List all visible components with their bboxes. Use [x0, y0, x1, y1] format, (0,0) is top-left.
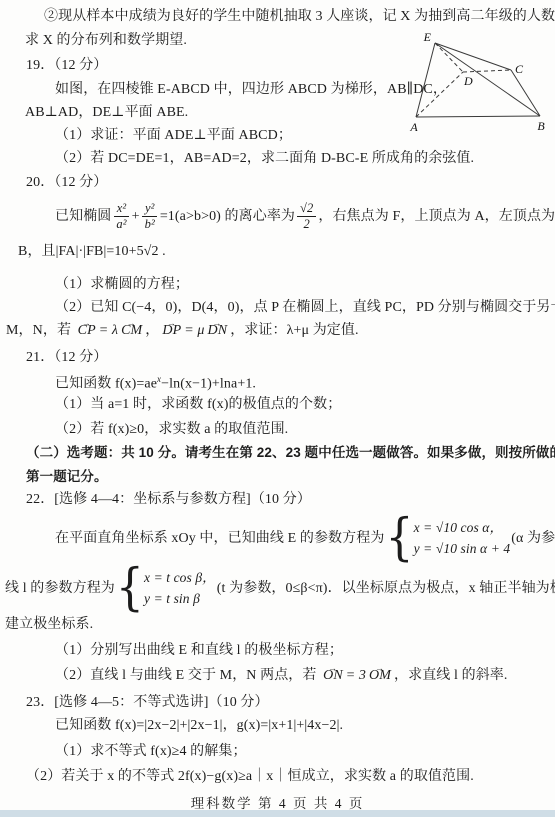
q22-item1: （1）分别写出曲线 E 和直线 l 的极坐标方程； — [55, 642, 343, 659]
q19-line1: 如图，在四棱锥 E-ABCD 中，四边形 ABCD 为梯形，AB∥DC， — [55, 81, 447, 98]
cases-curve-E: { x = √10 cos α， y = √10 sin α + 4 — [385, 518, 510, 558]
q20-eq-post: ，右焦点为 F，上顶点为 A，左顶点为 — [318, 208, 555, 225]
edge-DC-hidden — [463, 70, 511, 72]
q20-item2b-sep: ， — [145, 323, 159, 338]
q23-item1: （1）求不等式 f(x)≥4 的解集； — [55, 743, 247, 760]
q22-curve-parametric: 在平面直角坐标系 xOy 中，已知曲线 E 的参数方程为 { x = √10 c… — [55, 512, 555, 564]
cases-line-l: { x = t cos β， y = t sin β — [116, 568, 216, 608]
page-footer: 理科数学 第 4 页 共 4 页 — [0, 792, 555, 812]
vertex-label-E: E — [423, 30, 432, 44]
left-brace: { — [385, 515, 413, 561]
edge-AB — [416, 116, 540, 117]
edge-ED-hidden — [435, 43, 463, 72]
q20-ellipse-equation: 已知椭圆 x² a² + y² b² =1(a>b>0) 的离心率为 √2 2 … — [55, 193, 555, 239]
q20-eq-plus: + — [132, 208, 140, 225]
vector-OM: OM — [368, 667, 392, 684]
fraction-sqrt2-2: √2 2 — [297, 201, 316, 231]
vector-DN: DN — [207, 322, 229, 339]
edge-AD-hidden — [416, 72, 463, 117]
q22-item2-pre: （2）直线 l 与曲线 E 交于 M，N 两点，若 — [55, 668, 320, 683]
fraction-y2-b2: y² b² — [142, 201, 158, 231]
pyramid-diagram: E C D A B — [400, 30, 555, 135]
q19-line2: AB⊥AD，DE⊥平面 ABE. — [25, 104, 188, 121]
q20-item2a: （2）已知 C(−4，0)，D(4，0)，点 P 在椭圆上，直线 PC，PD 分… — [55, 299, 555, 316]
q20-header: 20．（12 分） — [26, 174, 107, 191]
vector-DP: DP — [161, 322, 182, 339]
edge-EC — [435, 43, 511, 70]
q19-item1: （1）求证：平面 ADE⊥平面 ABCD； — [55, 127, 292, 144]
vector-CP: CP — [77, 322, 97, 339]
q23-body: 已知函数 f(x)=|2x−2|+|2x−1|，g(x)=|x+1|+|4x−2… — [55, 717, 343, 734]
q22-item2: （2）直线 l 与曲线 E 交于 M，N 两点，若 ON= 3OM，求直线 l … — [55, 667, 508, 684]
q22-line1-pre: 在平面直角坐标系 xOy 中，已知曲线 E 的参数方程为 — [55, 530, 384, 547]
vector-CM: CM — [120, 322, 143, 339]
q23-header: 23．[选修 4—5：不等式选讲]（10 分） — [26, 694, 269, 711]
q20-item2b-post: ，求证：λ+μ 为定值. — [230, 323, 358, 338]
q19-item2: （2）若 DC=DE=1，AB=AD=2，求二面角 D-BC-E 所成角的余弦值… — [55, 150, 474, 167]
vertex-label-A: A — [409, 120, 418, 134]
curve-E-case1: x = √10 cos α， — [414, 519, 511, 537]
q20-item1: （1）求椭圆的方程； — [55, 276, 189, 293]
line-l-case1: x = t cos β， — [144, 569, 216, 587]
vertex-label-C: C — [515, 62, 524, 76]
vertex-label-D: D — [463, 74, 473, 88]
q18-line1: ②现从样本中成绩为良好的学生中随机抽取 3 人座谈，记 X 为抽到高二年级的人数… — [44, 8, 555, 25]
q21-header: 21．（12 分） — [26, 349, 107, 366]
vertex-label-B: B — [537, 119, 545, 133]
q22-line1-post: (α 为参数)，直 — [511, 530, 555, 547]
q21-item2: （2）若 f(x)≥0，求实数 a 的取值范围. — [55, 421, 288, 438]
q22-item2-eq: = 3 — [346, 668, 366, 683]
q21-item1: （1）当 a=1 时，求函数 f(x)的极值点的个数； — [55, 396, 341, 413]
q22-line-parametric: 线 l 的参数方程为 { x = t cos β， y = t sin β (t… — [5, 562, 555, 614]
exam-page: ②现从样本中成绩为良好的学生中随机抽取 3 人座谈，记 X 为抽到高二年级的人数… — [0, 0, 555, 817]
q20-item2b-pre: M，N，若 — [6, 323, 75, 338]
q22-line2-post: (t 为参数，0≤β<π)．以坐标原点为极点，x 轴正半轴为极轴 — [217, 580, 555, 597]
q19-header: 19．（12 分） — [26, 57, 107, 74]
q21-body-post: −ln(x−1)+lna+1. — [161, 377, 256, 392]
fraction-x2-a2: x² a² — [113, 201, 129, 231]
scan-edge-strip — [0, 810, 555, 817]
left-brace: { — [116, 565, 144, 611]
edge-EA — [416, 43, 435, 117]
q20-line2: B，且|FA|·|FB|=10+5√2 . — [18, 243, 166, 260]
vector-ON: ON — [322, 667, 344, 684]
q20-item2b: M，N，若 CP= λCM，DP= μDN，求证：λ+μ 为定值. — [6, 322, 359, 339]
q22-line3: 建立极坐标系. — [5, 616, 93, 633]
section-b-line1: （二）选考题：共 10 分。请考生在第 22、23 题中任选一题做答。如果多做，… — [26, 444, 555, 461]
q22-line2-pre: 线 l 的参数方程为 — [5, 580, 115, 597]
edge-EB — [435, 43, 540, 116]
q20-eq-pre: 已知椭圆 — [55, 208, 111, 225]
q22-header: 22．[选修 4—4：坐标系与参数方程]（10 分） — [26, 491, 311, 508]
line-l-case2: y = t sin β — [144, 590, 216, 608]
q20-eq-mid: =1(a>b>0) 的离心率为 — [160, 208, 295, 225]
edge-CB — [511, 70, 540, 116]
q21-body-pre: 已知函数 f(x)=ae — [55, 377, 157, 392]
q20-item2b-eq1: = λ — [99, 323, 118, 338]
q23-item2: （2）若关于 x 的不等式 2f(x)−g(x)≥a｜x｜恒成立，求实数 a 的… — [26, 768, 474, 785]
curve-E-case2: y = √10 sin α + 4 — [414, 540, 511, 558]
q22-item2-post: ，求直线 l 的斜率. — [394, 668, 508, 683]
q18-line2: 求 X 的分布列和数学期望. — [25, 32, 187, 49]
section-b-line2: 第一题记分。 — [26, 468, 108, 485]
q21-function: 已知函数 f(x)=aex−ln(x−1)+lna+1. — [55, 371, 256, 393]
q20-item2b-eq2: = μ — [184, 323, 204, 338]
